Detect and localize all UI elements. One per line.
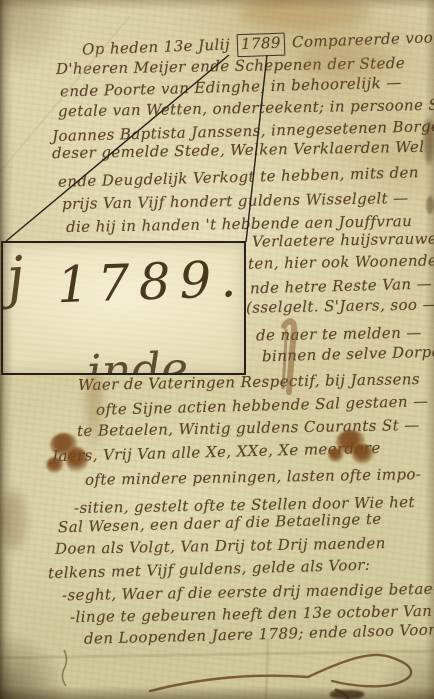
manuscript-line-fragment: Verlaetere huijsvrauwe. bbox=[252, 229, 434, 251]
year-highlight-box: 1789 bbox=[237, 33, 286, 57]
manuscript-line: telkens met Vijf guldens, gelde als Voor… bbox=[48, 556, 371, 583]
manuscript-line: Jaers, Vrij Van alle Xe, XXe, Xe meerder… bbox=[52, 439, 381, 466]
manuscript-line-fragment: nde hetre Reste Van — bbox=[250, 275, 432, 299]
water-stain bbox=[240, 0, 370, 30]
manuscript-line-fragment: binnen de selve Dorpe bbox=[262, 343, 434, 366]
fold-crease bbox=[0, 651, 434, 658]
inset-year-text: 1789. bbox=[56, 254, 246, 311]
inset-partial-line: inde bbox=[86, 345, 189, 375]
magnifier-inset: ij 1789. inde bbox=[1, 241, 246, 375]
pen-flourish bbox=[150, 655, 411, 691]
manuscript-line-fragment: de naer te melden — bbox=[256, 324, 422, 346]
water-stain bbox=[0, 490, 26, 550]
manuscript-line-fragment: (sselgelt. S'Jaers, soo — bbox=[246, 295, 434, 317]
edge-mark bbox=[426, 196, 434, 214]
manuscript-line: Doen als Volgt, Van Drij tot Drij maende… bbox=[55, 534, 386, 559]
manuscript-line: prijs Van Vijf hondert guldens Wisselgel… bbox=[62, 189, 409, 214]
edge-mark bbox=[330, 690, 364, 699]
date-text-pre: Op heden 13e Julij bbox=[82, 35, 236, 58]
manuscript-line-fragment: ten, hier ook Woonende, bbox=[248, 251, 434, 273]
year-text: 1789 bbox=[241, 34, 281, 53]
manuscript-photo: Op heden 13e Julij 1789 Compareerde voor… bbox=[0, 0, 434, 699]
manuscript-line: -seght, Waer af die eerste drij maendige… bbox=[62, 580, 434, 605]
inset-word-fragment: ij bbox=[1, 250, 26, 308]
fold-crease bbox=[266, 638, 268, 699]
manuscript-line: ende Deugdelijk Verkogt te hebben, mits … bbox=[58, 163, 419, 191]
pen-flourish-tail bbox=[336, 690, 348, 699]
manuscript-line: te Betaelen, Wintig guldens Courants St … bbox=[77, 416, 420, 441]
manuscript-line: ofte mindere penningen, lasten ofte impo… bbox=[85, 465, 422, 490]
stray-pen-mark bbox=[62, 650, 66, 686]
manuscript-line: ofte Sijne actien hebbende Sal gestaen —… bbox=[96, 391, 434, 419]
date-text-post: Compareerde voor — bbox=[287, 27, 434, 51]
